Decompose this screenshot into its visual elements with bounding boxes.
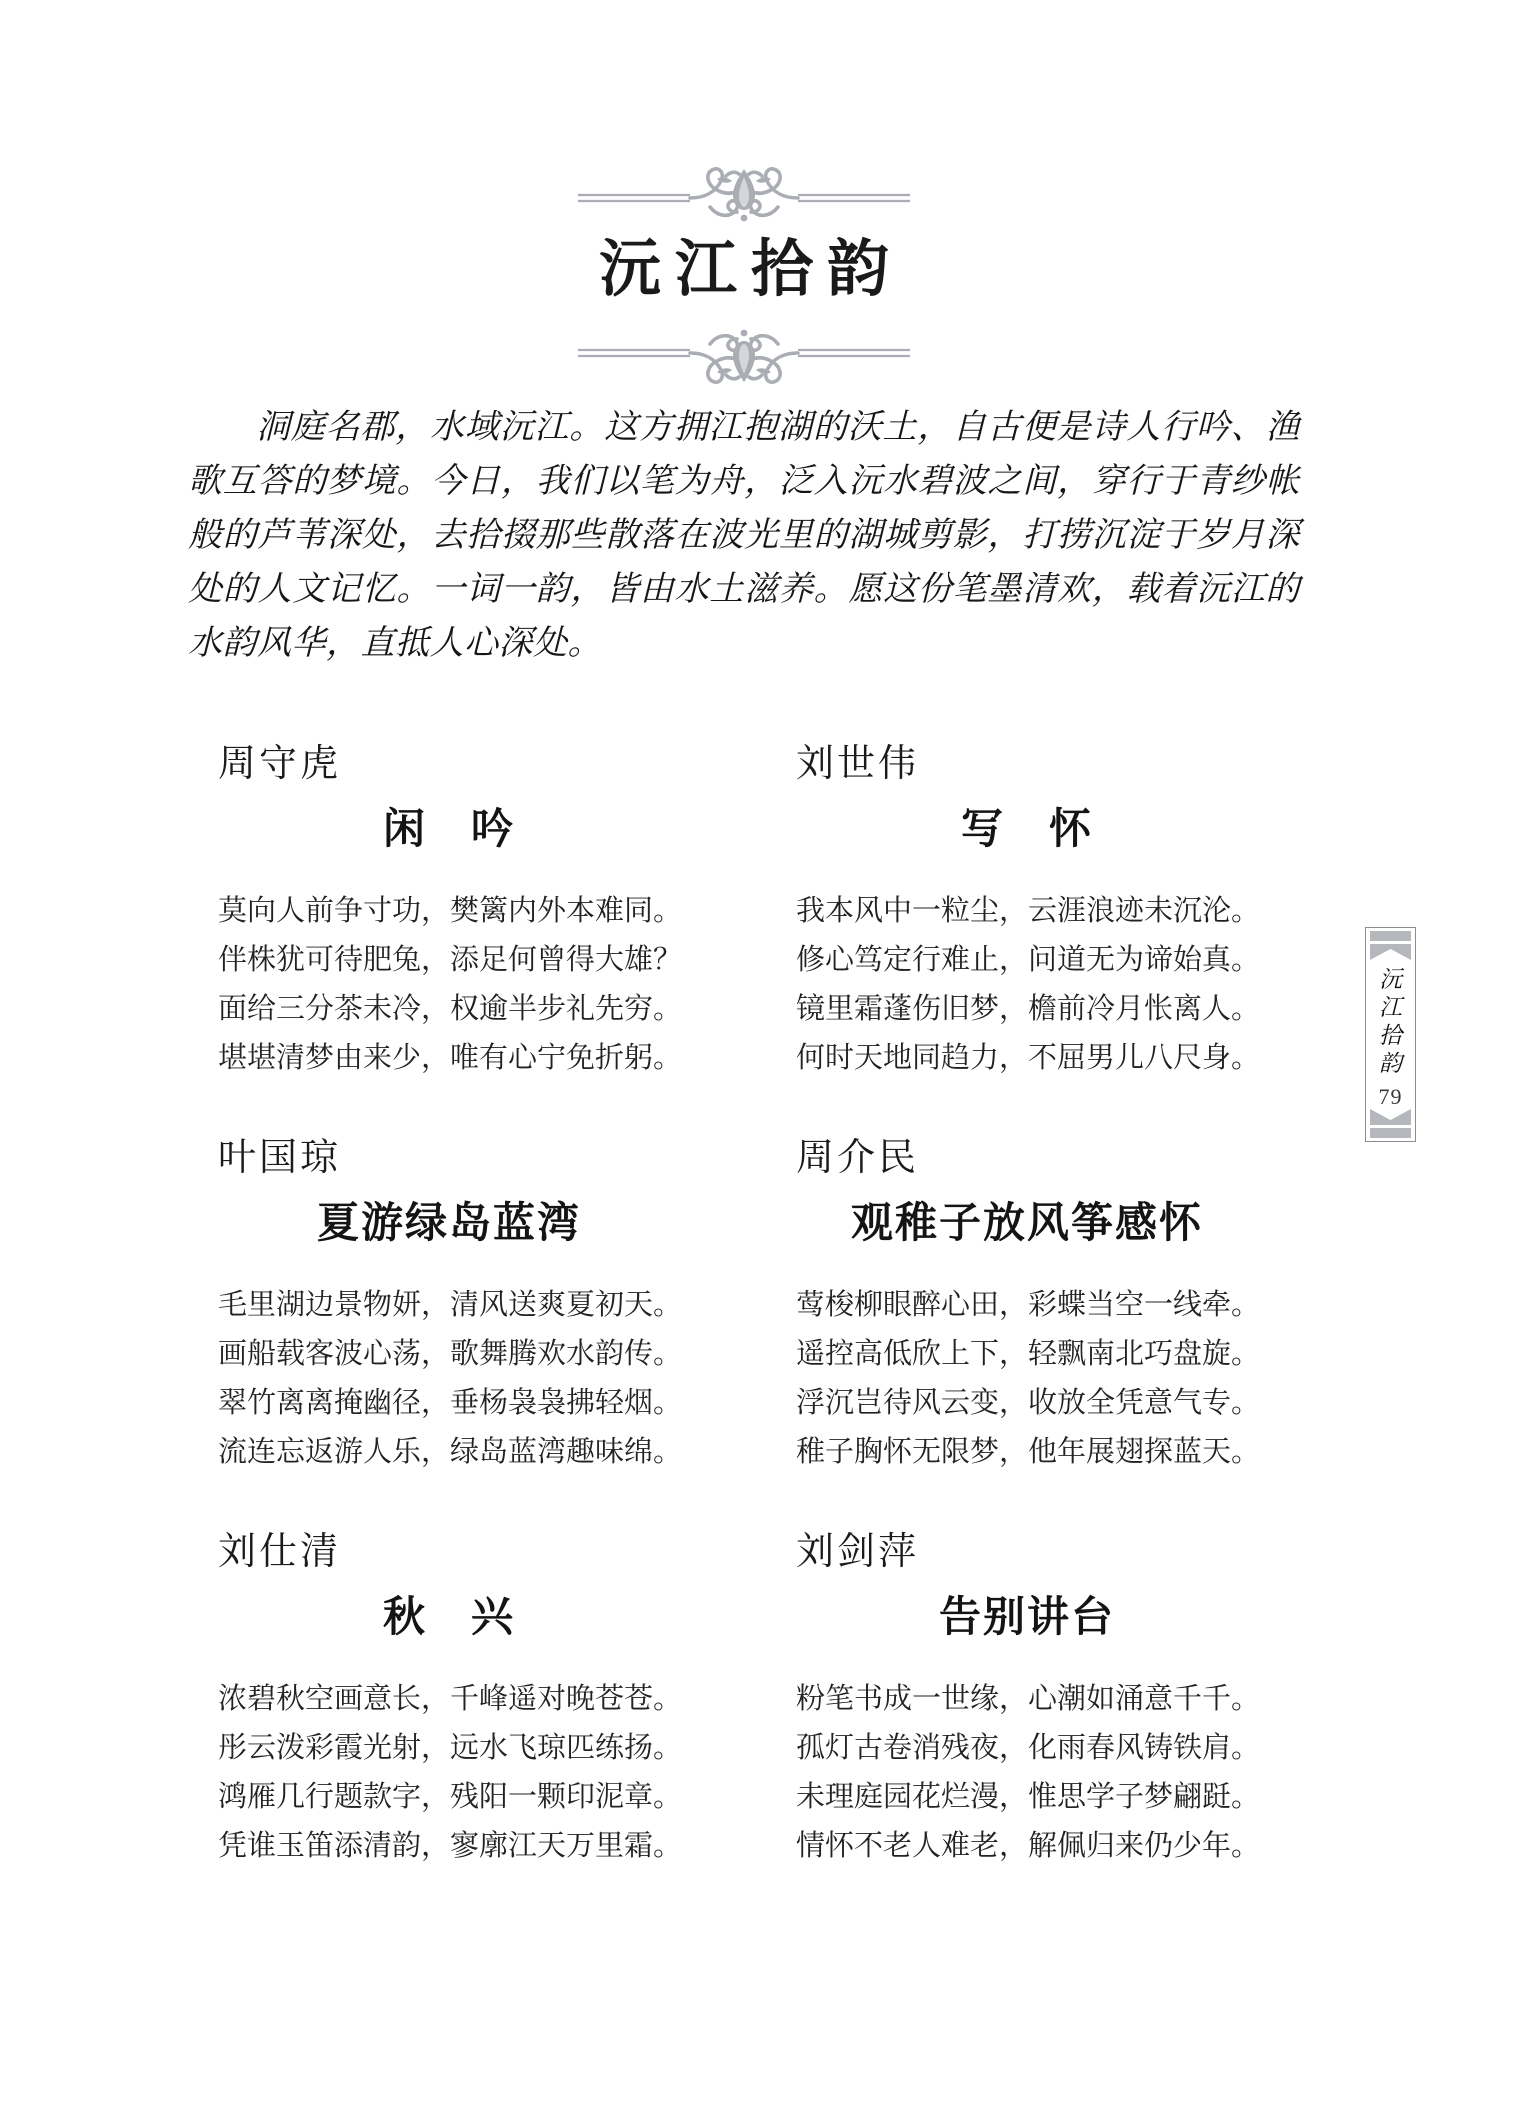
- tab-bottom-bar: [1370, 1128, 1411, 1138]
- tab-label-char: 沅: [1379, 968, 1402, 991]
- poem-line: 鸿雁几行题款字，残阳一颗印泥章。: [218, 1773, 680, 1822]
- flourish-icon: [574, 318, 914, 388]
- poem-author: 周守虎: [218, 745, 680, 783]
- poem-line: 堪堪清梦由来少，唯有心宁免折躬。: [218, 1034, 680, 1083]
- poem-line: 面给三分茶未冷，权逾半步礼先穷。: [218, 985, 680, 1034]
- flourish-icon: [574, 163, 914, 233]
- poem-line: 我本风中一粒尘，云涯浪迹未沉沦。: [796, 887, 1258, 936]
- book-page: 沅江拾韵: [0, 0, 1525, 2115]
- poem-line: 浓碧秋空画意长，千峰遥对晚苍苍。: [218, 1675, 680, 1724]
- poem-block: 刘仕清 秋 兴 浓碧秋空画意长，千峰遥对晚苍苍。 彤云泼彩霞光射，远水飞琼匹练扬…: [218, 1533, 680, 1871]
- poem-block: 刘世伟 写 怀 我本风中一粒尘，云涯浪迹未沉沦。 修心笃定行难止，问道无为谛始真…: [796, 745, 1258, 1083]
- intro-paragraph: 洞庭名郡，水域沅江。这方拥江抱湖的沃土，自古便是诗人行吟、渔歌互答的梦境。今日，…: [188, 401, 1300, 671]
- ornament-flourish-top: [188, 163, 1300, 238]
- poem-author: 刘世伟: [796, 745, 1258, 783]
- poem-line: 遥控高低欣上下，轻飘南北巧盘旋。: [796, 1330, 1258, 1379]
- poem-block: 刘剑萍 告别讲台 粉笔书成一世缘，心潮如涌意千千。 孤灯古卷消残夜，化雨春风铸铁…: [796, 1533, 1258, 1871]
- poem-title: 闲 吟: [218, 809, 680, 851]
- tab-vertical-label: 沅 江 拾 韵 79: [1370, 960, 1411, 1109]
- poem-title: 夏游绿岛蓝湾: [218, 1203, 680, 1245]
- tab-label-char: 江: [1379, 996, 1402, 1019]
- poem-author: 周介民: [796, 1139, 1258, 1177]
- poem-title: 写 怀: [796, 809, 1258, 851]
- ornament-flourish-bottom: [188, 318, 1300, 393]
- tab-label-char: 拾: [1379, 1024, 1402, 1047]
- tab-top-bar: [1370, 931, 1411, 941]
- poem-line: 孤灯古卷消残夜，化雨春风铸铁肩。: [796, 1724, 1258, 1773]
- poem-block: 周守虎 闲 吟 莫向人前争寸功，樊篱内外本难同。 伴株犹可待肥兔，添足何曾得大雄…: [218, 745, 680, 1083]
- poem-line: 修心笃定行难止，问道无为谛始真。: [796, 936, 1258, 985]
- poem-block: 叶国琼 夏游绿岛蓝湾 毛里湖边景物妍，清风送爽夏初天。 画船载客波心荡，歌舞腾欢…: [218, 1139, 680, 1477]
- poem-block: 周介民 观稚子放风筝感怀 莺梭柳眼醉心田，彩蝶当空一线牵。 遥控高低欣上下，轻飘…: [796, 1139, 1258, 1477]
- poem-line: 凭谁玉笛添清韵，寥廓江天万里霜。: [218, 1822, 680, 1871]
- poem-title: 秋 兴: [218, 1597, 680, 1639]
- page-number: 79: [1379, 1086, 1403, 1108]
- poems-grid: 周守虎 闲 吟 莫向人前争寸功，樊篱内外本难同。 伴株犹可待肥兔，添足何曾得大雄…: [218, 745, 1258, 1871]
- poem-line: 莺梭柳眼醉心田，彩蝶当空一线牵。: [796, 1281, 1258, 1330]
- poem-line: 浮沉岂待风云变，收放全凭意气专。: [796, 1379, 1258, 1428]
- page-title: 沅江拾韵: [188, 238, 1300, 303]
- tab-label-char: 韵: [1379, 1052, 1402, 1075]
- tab-top-ribbon-icon: [1370, 944, 1411, 960]
- poem-line: 伴株犹可待肥兔，添足何曾得大雄？: [218, 936, 680, 985]
- poem-title: 观稚子放风筝感怀: [796, 1203, 1258, 1245]
- poem-line: 何时天地同趋力，不屈男儿八尺身。: [796, 1034, 1258, 1083]
- poem-line: 流连忘返游人乐，绿岛蓝湾趣味绵。: [218, 1428, 680, 1477]
- chapter-bookmark-tab: 沅 江 拾 韵 79: [1365, 927, 1416, 1142]
- poem-title: 告别讲台: [796, 1597, 1258, 1639]
- poem-line: 画船载客波心荡，歌舞腾欢水韵传。: [218, 1330, 680, 1379]
- poem-line: 莫向人前争寸功，樊篱内外本难同。: [218, 887, 680, 936]
- poem-line: 稚子胸怀无限梦，他年展翅探蓝天。: [796, 1428, 1258, 1477]
- tab-bottom-ribbon-icon: [1370, 1109, 1411, 1125]
- poem-line: 情怀不老人难老，解佩归来仍少年。: [796, 1822, 1258, 1871]
- poem-line: 彤云泼彩霞光射，远水飞琼匹练扬。: [218, 1724, 680, 1773]
- poem-line: 镜里霜蓬伤旧梦，檐前冷月怅离人。: [796, 985, 1258, 1034]
- poem-line: 毛里湖边景物妍，清风送爽夏初天。: [218, 1281, 680, 1330]
- poem-author: 叶国琼: [218, 1139, 680, 1177]
- poem-author: 刘仕清: [218, 1533, 680, 1571]
- poem-line: 未理庭园花烂漫，惟思学子梦翩跹。: [796, 1773, 1258, 1822]
- poem-line: 粉笔书成一世缘，心潮如涌意千千。: [796, 1675, 1258, 1724]
- poem-line: 翠竹离离掩幽径，垂杨袅袅拂轻烟。: [218, 1379, 680, 1428]
- poem-author: 刘剑萍: [796, 1533, 1258, 1571]
